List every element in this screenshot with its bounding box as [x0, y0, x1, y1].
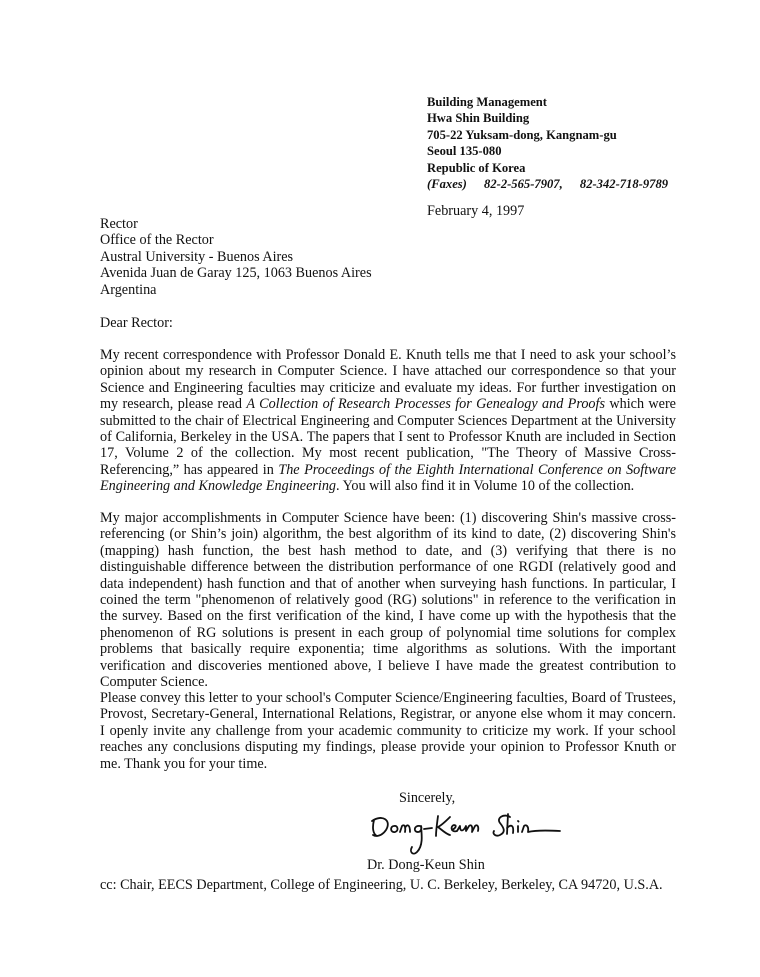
recipient-address-block: Rector Office of the Rector Austral Univ… [100, 216, 372, 298]
p1-text-c: . You will also find it in Volume 10 of … [336, 478, 634, 494]
sender-address-block: Building Management Hwa Shin Building 70… [427, 94, 682, 192]
recipient-line-office: Office of the Rector [100, 232, 372, 248]
sender-line-street: 705-22 Yuksam-dong, Kangnam-gu [427, 127, 682, 143]
recipient-line-country: Argentina [100, 282, 372, 298]
body-paragraph-3: Please convey this letter to your school… [100, 690, 676, 772]
sender-line-city: Seoul 135-080 [427, 143, 682, 159]
cc-line: cc: Chair, EECS Department, College of E… [100, 877, 663, 893]
signer-name: Dr. Dong-Keun Shin [367, 857, 485, 873]
sender-line-country: Republic of Korea [427, 160, 682, 176]
fax-number-1: 82-2-565-7907, [484, 177, 563, 191]
fax-number-2: 82-342-718-9789 [580, 177, 668, 191]
salutation: Dear Rector: [100, 315, 173, 331]
letter-date: February 4, 1997 [427, 203, 524, 219]
signature-icon [368, 806, 578, 858]
closing: Sincerely, [399, 790, 455, 806]
recipient-line-university: Austral University - Buenos Aires [100, 249, 372, 265]
recipient-line-title: Rector [100, 216, 372, 232]
p1-book-title: A Collection of Research Processes for G… [246, 396, 605, 412]
sender-faxes: (Faxes) 82-2-565-7907, 82-342-718-9789 [427, 176, 682, 192]
sender-line-organization: Building Management [427, 94, 682, 110]
sender-line-building: Hwa Shin Building [427, 110, 682, 126]
body-paragraph-1: My recent correspondence with Professor … [100, 347, 676, 495]
faxes-label: (Faxes) [427, 177, 467, 191]
body-paragraph-2: My major accomplishments in Computer Sci… [100, 510, 676, 690]
recipient-line-street: Avenida Juan de Garay 125, 1063 Buenos A… [100, 265, 372, 281]
